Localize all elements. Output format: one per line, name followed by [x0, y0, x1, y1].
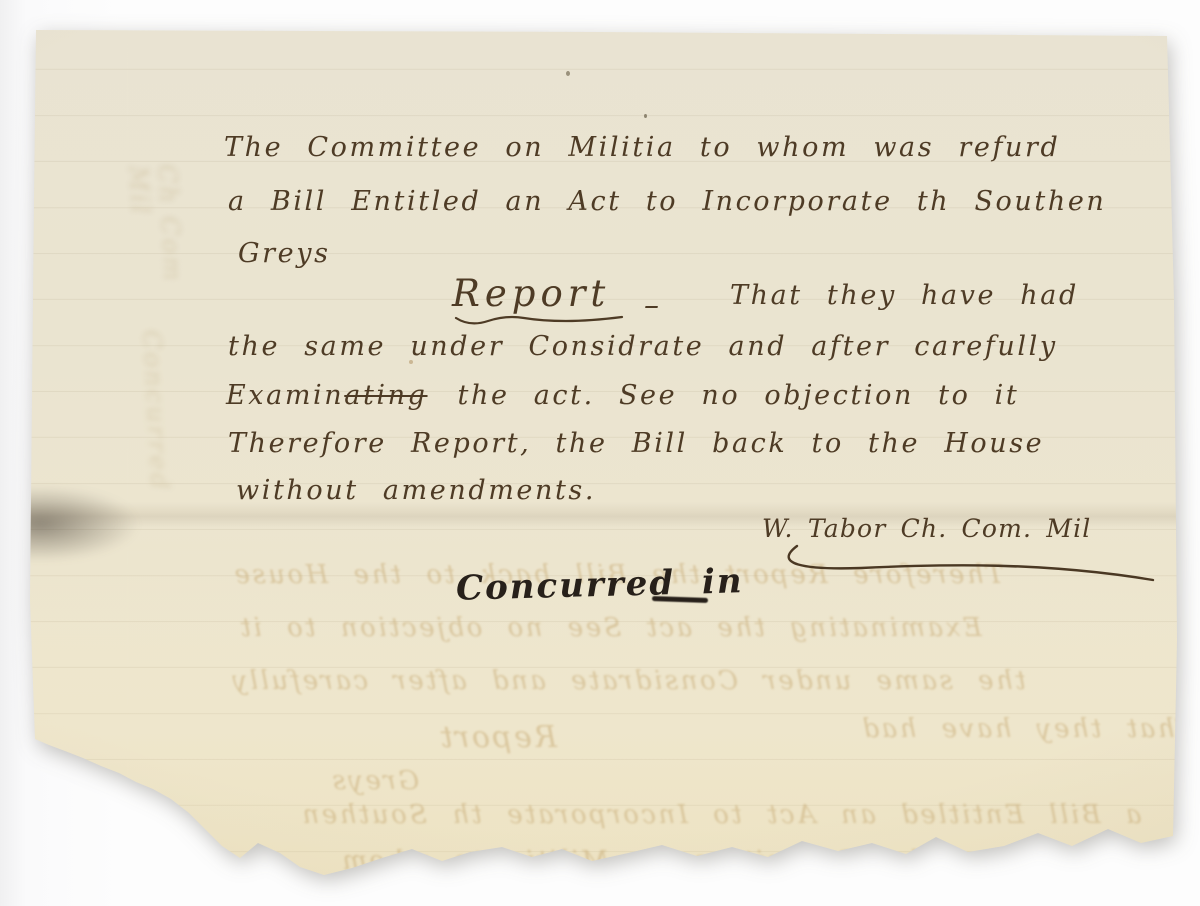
bleedthrough-line: Examinating the act See no objection to … [238, 613, 982, 643]
struck-through-text: ating [344, 380, 427, 411]
paper-torn-shape: Therefore Report the Bill back to the Ho… [0, 0, 1200, 906]
bleedthrough-line: The Committee on Militia to whom [340, 846, 939, 876]
bleedthrough-line: a Bill Entitled an Act to Incorporate th… [300, 800, 1142, 830]
bleedthrough-vertical-mark: Ch Com Mil [124, 164, 191, 337]
body-line-2-text: Examin [226, 380, 344, 411]
paper-speck [566, 71, 570, 76]
body-line-3: Therefore Report, the Bill back to the H… [228, 428, 1044, 459]
body-line-1: the same under Considrate and after care… [228, 331, 1058, 362]
bleedthrough-line: Report [438, 720, 557, 755]
scanned-document-background: Therefore Report the Bill back to the Ho… [0, 0, 1200, 906]
body-line-2: Examinatingthe act. See no objection to … [226, 380, 1019, 411]
fold-smudge-stain [12, 486, 140, 562]
paper-speck [644, 114, 647, 118]
report-dash: – [644, 288, 659, 323]
bleedthrough-line: That they have had [860, 714, 1194, 744]
report-continuation: That they have had [730, 280, 1079, 311]
signature-flourish-stroke [765, 538, 1165, 590]
paper-sheet: Therefore Report the Bill back to the Ho… [0, 0, 1200, 906]
manuscript-line-1: The Committee on Militia to whom was ref… [224, 132, 1060, 163]
body-line-4: without amendments. [236, 475, 596, 506]
manuscript-line-2: a Bill Entitled an Act to Incorporate th… [228, 186, 1106, 217]
body-line-2-rest: the act. See no objection to it [458, 380, 1020, 411]
report-underline-stroke [452, 310, 632, 326]
report-heading: Report [452, 272, 610, 315]
bleedthrough-line: Greys [330, 766, 419, 796]
bleedthrough-line: the same under Considrate and after care… [230, 666, 1026, 696]
manuscript-line-3: Greys [238, 238, 331, 269]
